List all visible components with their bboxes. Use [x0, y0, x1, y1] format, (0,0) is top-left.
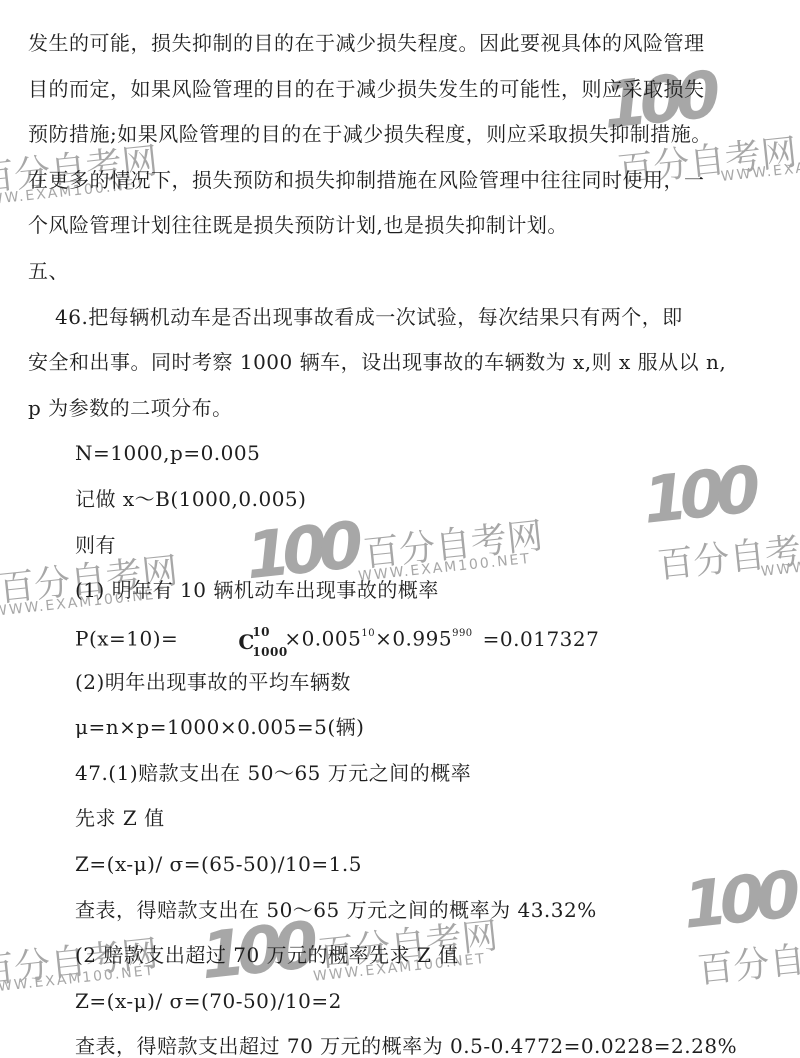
q47-z2: Z=(x-μ)/ σ=(70-50)/10=2 — [75, 989, 342, 1013]
paragraph-line: 个风险管理计划往往既是损失预防计划,也是损失抑制计划。 — [28, 213, 568, 237]
q46-line: 安全和出事。同时考察 1000 辆车，设出现事故的车辆数为 x,则 x 服从以 … — [28, 350, 726, 374]
q47-result2: 查表，得赔款支出超过 70 万元的概率为 0.5-0.4772=0.0228=2… — [75, 1034, 737, 1058]
watermark-name: 百分自考网 — [655, 519, 800, 589]
paragraph-line: 预防措施;如果风险管理的目的在于减少损失程度，则应采取损失抑制措施。 — [28, 122, 712, 146]
q46-line: 46.把每辆机动车是否出现事故看成一次试验，每次结果只有两个，即 — [55, 305, 683, 329]
formula-term2-exp: 990 — [452, 628, 473, 639]
q47-z1: Z=(x-μ)/ σ=(65-50)/10=1.5 — [75, 852, 362, 876]
paragraph-line: 在更多的情况下，损失预防和损失抑制措施在风险管理中往往同时使用，一 — [28, 168, 705, 192]
watermark-mid-right: 100百分自考网 WWW.EXAM100.NET — [639, 436, 800, 592]
watermark-url: WWW.EXAM100.NET — [720, 151, 800, 185]
watermark-logo: 100 — [639, 453, 756, 540]
watermark-name: 百分自考网 — [361, 508, 545, 578]
q47-part1-title: 47.(1)赔款支出在 50～65 万元之间的概率 — [75, 761, 471, 785]
q46-line: p 为参数的二项分布。 — [28, 396, 233, 420]
q46-part2-calc: μ=n×p=1000×0.005=5(辆) — [75, 715, 364, 739]
q46-formula: P(x=10)=C101000×0.00510×0.995990=0.01732… — [75, 624, 599, 652]
q46-part2-title: (2)明年出现事故的平均车辆数 — [75, 670, 351, 694]
watermark-logo: 100 — [679, 858, 796, 945]
combination-symbol: C101000 — [238, 628, 284, 652]
q46-part1-title: (1) 明年有 10 辆机动车出现事故的概率 — [75, 578, 439, 602]
watermark-url: WWW.EXAM100.NET — [760, 546, 800, 580]
q46-params: N=1000,p=0.005 — [75, 441, 260, 465]
q46-then: 则有 — [75, 533, 116, 557]
section-heading: 五、 — [28, 259, 69, 283]
formula-term1-exp: 10 — [361, 628, 375, 639]
formula-lhs: P(x=10)= — [75, 627, 178, 651]
q47-part2-title: (2 赔款支出超过 70 万元的概率先求 Z 值 — [75, 943, 459, 967]
q46-notation: 记做 x～B(1000,0.005) — [75, 487, 306, 511]
formula-term1: ×0.005 — [284, 627, 361, 651]
formula-result: =0.017327 — [483, 627, 600, 651]
watermark-name: 百分自考网 — [695, 924, 800, 994]
q47-z-intro: 先求 Z 值 — [75, 806, 165, 830]
paragraph-line: 目的而定，如果风险管理的目的在于减少损失发生的可能性，则应采取损失 — [28, 77, 705, 101]
formula-term2: ×0.995 — [375, 627, 452, 651]
watermark-low-right: 100百分自考网 WWW.EXAM100.NET — [679, 841, 800, 997]
paragraph-line: 发生的可能，损失抑制的目的在于减少损失程度。因此要视具体的风险管理 — [28, 31, 705, 55]
q47-result1: 查表，得赔款支出在 50～65 万元之间的概率为 43.32% — [75, 898, 597, 922]
